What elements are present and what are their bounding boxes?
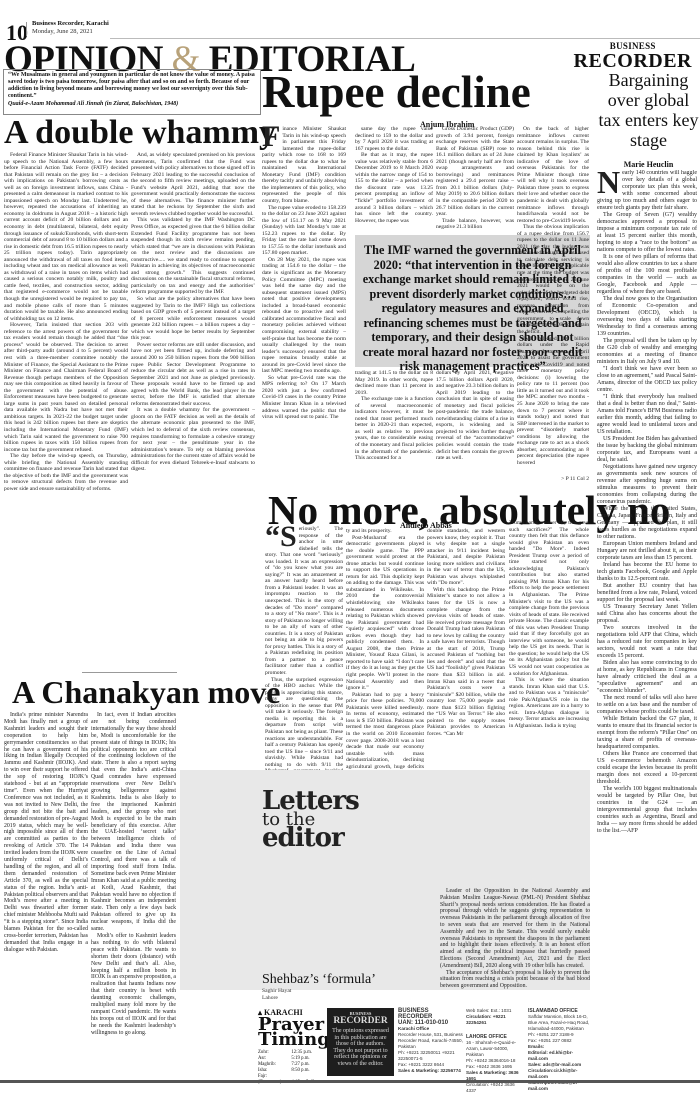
karachi-phone: Ph: +9221 32250011 +9221 32250071-5 xyxy=(398,1050,464,1062)
publication-date: Monday, June 28, 2021 xyxy=(32,28,93,36)
divider-rule xyxy=(82,672,177,673)
paragraph: While the G7 — the United States, Canada… xyxy=(597,506,697,541)
rupee-column-4: On the back of higher remittance inflows… xyxy=(517,126,589,476)
header-divider xyxy=(26,22,27,36)
editorial-headline-double-whammy: A double whammy xyxy=(4,116,276,150)
paragraph: US President Joe Biden has galvanised th… xyxy=(597,436,697,464)
paragraph: Biden also has some convincing to do at … xyxy=(597,660,697,695)
paragraph: European Union members Ireland and Hunga… xyxy=(597,541,697,562)
paragraph: However, Tarin insisted that section 203… xyxy=(4,322,128,453)
paragraph: On the back of higher remittance inflows… xyxy=(517,126,589,224)
paragraph: So what pre-Covid rate was the MPS refer… xyxy=(262,375,346,421)
paragraph: So what are the policy alternatives that… xyxy=(131,296,255,342)
paragraph: The world's 100 biggest multinationals w… xyxy=(597,786,697,835)
paragraph: In fact, even if Indian atrocities are n… xyxy=(91,712,176,933)
quote-text: “We Musalmans in general and youngmen in… xyxy=(8,72,256,100)
letter-signature-city: Lahore xyxy=(262,995,278,1002)
paragraph: This is where the situation stands. Imra… xyxy=(509,677,589,729)
paragraph: "I don't think we have ever been so clos… xyxy=(597,366,697,394)
paragraph: Be that as it may, the rupee value was r… xyxy=(355,152,433,224)
paragraph: double standards, and western powers kno… xyxy=(427,528,505,587)
editorial-headline-chanakyan-move: A Chanakyan move xyxy=(12,676,281,708)
paragraph: Negotiations have gained new urgency as … xyxy=(597,464,697,506)
tax-column: N early 140 countries will haggle over k… xyxy=(597,170,697,1078)
nomore-column-1: “S eriously". The response of the anchor… xyxy=(265,526,343,788)
email-circulation[interactable]: Circulation:cir.khi@br-mail.com xyxy=(528,1068,577,1079)
logo-big: RECORDER xyxy=(574,51,692,71)
footer-rule xyxy=(0,1080,700,1083)
paragraph: IMF released 1.6 billion dollars under t… xyxy=(517,336,589,467)
paragraph: trading at 141.5 to the dollar on 8 May … xyxy=(355,370,433,396)
karachi-office-title: Karachi Office xyxy=(398,1026,429,1031)
email-editorial[interactable]: Editorial: ed.khi@br-mail.com xyxy=(528,1050,573,1061)
karachi-address: Recorder House, 531, Business Recorder R… xyxy=(398,1032,464,1050)
nomore-column-2: ty and its prosperity. Post-Musharraf er… xyxy=(346,528,424,788)
karachi-sales: Sales & Marketing: 32256774 xyxy=(398,1068,461,1073)
letters-title-line3: editor xyxy=(262,825,359,851)
disclaimer-box: BUSINESS RECORDER The opinions expressed… xyxy=(327,1008,394,1076)
paragraph: This was validated by the IMF Washington… xyxy=(131,217,255,296)
paragraph: And, as widely speculated premised on hi… xyxy=(131,152,255,217)
editorial-2-column-2: In fact, even if Indian atrocities are n… xyxy=(91,712,176,1078)
paragraph: Gross Domestic Product (GDP) growth of 3… xyxy=(436,126,514,218)
headline-rupee-decline: Rupee decline xyxy=(262,70,531,115)
paragraph: Power sector reforms are still under dis… xyxy=(131,342,255,407)
paragraph: The Group of Seven (G7) wealthy democrac… xyxy=(597,212,697,254)
paragraph: Two sources involved in the negotiations… xyxy=(597,625,697,660)
contacts-header: BUSINESS RECORDER xyxy=(398,1008,464,1020)
disclaimer-text: The opinions expressed in this publicati… xyxy=(330,1028,391,1068)
rupee-column-2-top: same day the rupee value declined to 159… xyxy=(355,126,433,234)
paragraph: It is one of two pillars of reforms that… xyxy=(597,254,697,296)
paragraph: The exchange rate is a function of sever… xyxy=(355,396,433,461)
paragraph: Leader of the Opposition in the National… xyxy=(440,888,590,970)
rupee-column-3-bottom: dollars by April 2021, negative 17.5 bil… xyxy=(436,370,514,482)
paragraph: Post-Musharraf era the democratic govern… xyxy=(346,535,424,692)
email-sales[interactable]: Sales: ads@br-mail.com xyxy=(528,1062,581,1067)
paragraph: Thus the obvious implication of a rupee … xyxy=(517,224,589,335)
paragraph: "I think that everybody has realised tha… xyxy=(597,394,697,436)
paragraph: dollars by April 2021, negative 17.5 bil… xyxy=(436,370,514,462)
letters-to-editor-title: Letters to the editor xyxy=(262,788,359,851)
paragraph: The next round of talks will also have t… xyxy=(597,695,697,716)
disclaimer-logo-big: RECORDER xyxy=(330,1016,391,1026)
paragraph: The day before the wind-up speech, on Th… xyxy=(4,453,128,492)
rupee-column-3-top: Gross Domestic Product (GDP) growth of 3… xyxy=(436,126,514,234)
paragraph: US Treasury Secretary Janet Yellen said … xyxy=(597,604,697,625)
byline-tax: Marie Heuclin xyxy=(597,160,700,169)
circulation: Circulation: +9221 32254261 xyxy=(466,1014,506,1025)
business-recorder-logo: BUSINESS RECORDER xyxy=(574,42,692,71)
quote-attribution: Quaid-e-Azam Mohammad Ali Jinnah (in Zia… xyxy=(8,101,256,108)
paragraph: With this backdrop the Prime Minister’s … xyxy=(427,587,505,738)
paragraph: Ireland has become the EU home to tech g… xyxy=(597,562,697,583)
paragraph: But another EU country that has benefite… xyxy=(597,583,697,604)
lahore-address: 16 - Shahrah-e-Quaid-e-Azam, Lawor-54000… xyxy=(466,1040,524,1058)
paragraph: The deal now goes to the Organisation of… xyxy=(597,296,697,338)
letter-body: Leader of the Opposition in the National… xyxy=(440,888,590,1000)
paragraph: Federal Finance Minister Shaukat Tarin i… xyxy=(4,152,128,322)
rupee-continued: > P 11 Col 2 xyxy=(560,476,589,483)
paragraph: It was a double whammy for the governmen… xyxy=(131,407,255,472)
rupee-column-1: F inance Minister Shaukat Tarin in his w… xyxy=(262,126,346,482)
publication-name: Business Recorder, Karachi xyxy=(32,20,109,28)
paragraph: While Britain backed the G7 plan, it wan… xyxy=(597,716,697,751)
paragraph: On 28 May 2021, the rupee was trading at… xyxy=(262,257,346,375)
letter-headline: Shehbaz’s ‘formula’ xyxy=(262,972,376,988)
headline-global-tax: Bargaining over global tax enters key st… xyxy=(597,70,700,150)
paragraph: The rupee value eroded to 158.239 to the… xyxy=(262,205,346,257)
paragraph: India’s prime minister Narendra Modi has… xyxy=(4,712,88,954)
emails-title: Emails: xyxy=(528,1044,544,1049)
paragraph: Modi’s offer to Kashmiri leaders has not… xyxy=(91,933,176,1037)
paragraph: same day the rupee value declined to 159… xyxy=(355,126,433,152)
contacts-karachi: BUSINESS RECORDER UAN: 111-010-010 Karac… xyxy=(398,1008,464,1074)
letter-signature-name: Saghir Hayat xyxy=(262,988,291,995)
paragraph: Trade balance, however, was negative 21.… xyxy=(436,218,514,231)
paragraph: The proposal will then be taken up by th… xyxy=(597,338,697,366)
nomore-column-3: double standards, and western powers kno… xyxy=(427,528,505,788)
paragraph: The acceptance of Shehbaz’s proposal is … xyxy=(440,970,590,990)
editorial-2-column-1: India’s prime minister Narendra Modi has… xyxy=(4,712,88,1078)
editorial-1-column-2: And, as widely speculated premised on hi… xyxy=(131,152,255,648)
dropcap-s: “S xyxy=(265,526,297,548)
dropcap-n: N xyxy=(597,170,620,194)
jinnah-quote-box: “We Musalmans in general and youngmen in… xyxy=(3,69,261,115)
paragraph: Trump name another ally that gave such s… xyxy=(509,520,589,677)
rupee-column-2-bottom: trading at 141.5 to the dollar on 8 May … xyxy=(355,370,433,482)
paragraph: Others like France are concerned that US… xyxy=(597,751,697,786)
dropcap-f: F xyxy=(262,126,280,148)
editorial-1-column-1: Federal Finance Minister Shaukat Tarin i… xyxy=(4,152,128,632)
nomore-column-4: Trump name another ally that gave such s… xyxy=(509,520,589,778)
lahore-circulation: Circulation: +9242 3636 4337 xyxy=(466,1082,524,1094)
islamabad-address: Saffdar Mansion, Block 16-D, Blue Area, … xyxy=(528,1014,590,1032)
